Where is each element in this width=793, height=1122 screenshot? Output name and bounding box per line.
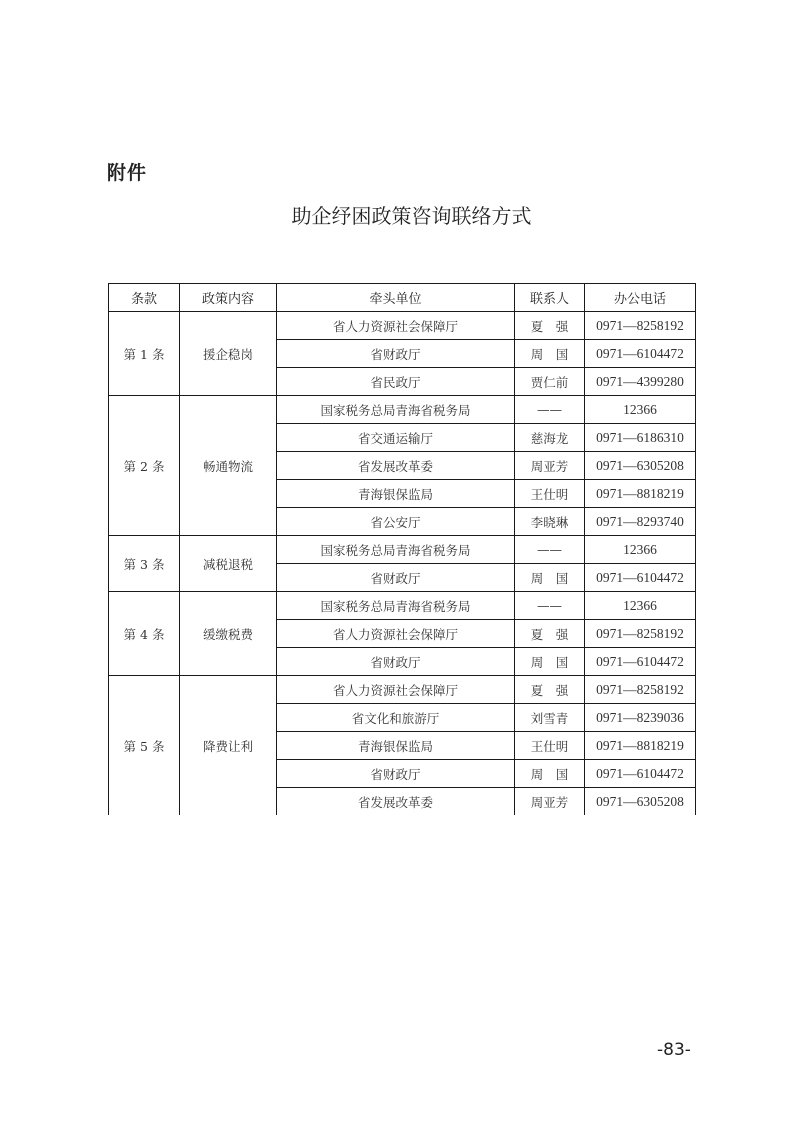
contact-cell: —— bbox=[515, 592, 585, 620]
column-header-clause: 条款 bbox=[109, 284, 180, 312]
phone-cell: 0971—6104472 bbox=[585, 340, 696, 368]
unit-cell: 国家税务总局青海省税务局 bbox=[277, 536, 515, 564]
policy-cell: 降费让利 bbox=[180, 676, 277, 816]
policy-cell: 减税退税 bbox=[180, 536, 277, 592]
phone-cell: 0971—8818219 bbox=[585, 732, 696, 760]
table-row: 第 1 条 援企稳岗 省人力资源社会保障厅 夏 强 0971—8258192 bbox=[109, 312, 696, 340]
clause-cell: 第 1 条 bbox=[109, 312, 180, 396]
contact-cell: 夏 强 bbox=[515, 620, 585, 648]
unit-cell: 省民政厅 bbox=[277, 368, 515, 396]
table-header-row: 条款 政策内容 牵头单位 联系人 办公电话 bbox=[109, 284, 696, 312]
unit-cell: 省财政厅 bbox=[277, 340, 515, 368]
contact-cell: 周 国 bbox=[515, 564, 585, 592]
contact-cell: 夏 强 bbox=[515, 676, 585, 704]
unit-cell: 省人力资源社会保障厅 bbox=[277, 676, 515, 704]
phone-cell: 12366 bbox=[585, 592, 696, 620]
contact-cell: 周亚芳 bbox=[515, 788, 585, 816]
unit-cell: 省财政厅 bbox=[277, 648, 515, 676]
contact-cell: 王仕明 bbox=[515, 732, 585, 760]
phone-cell: 0971—6104472 bbox=[585, 564, 696, 592]
contact-cell: 周 国 bbox=[515, 648, 585, 676]
contact-cell: 慈海龙 bbox=[515, 424, 585, 452]
clause-cell: 第 2 条 bbox=[109, 396, 180, 536]
contact-cell: 王仕明 bbox=[515, 480, 585, 508]
contact-cell: —— bbox=[515, 396, 585, 424]
phone-cell: 0971—8293740 bbox=[585, 508, 696, 536]
column-header-phone: 办公电话 bbox=[585, 284, 696, 312]
phone-cell: 0971—4399280 bbox=[585, 368, 696, 396]
contact-cell: 周 国 bbox=[515, 760, 585, 788]
contact-cell: 周 国 bbox=[515, 340, 585, 368]
unit-cell: 省交通运输厅 bbox=[277, 424, 515, 452]
unit-cell: 省文化和旅游厅 bbox=[277, 704, 515, 732]
unit-cell: 省财政厅 bbox=[277, 760, 515, 788]
table-row: 第 3 条 减税退税 国家税务总局青海省税务局 —— 12366 bbox=[109, 536, 696, 564]
clause-cell: 第 5 条 bbox=[109, 676, 180, 816]
table-row: 第 2 条 畅通物流 国家税务总局青海省税务局 —— 12366 bbox=[109, 396, 696, 424]
contact-cell: 贾仁前 bbox=[515, 368, 585, 396]
contact-cell: 李晓琳 bbox=[515, 508, 585, 536]
phone-cell: 0971—6104472 bbox=[585, 760, 696, 788]
page-number: -83- bbox=[657, 1040, 691, 1060]
contact-cell: —— bbox=[515, 536, 585, 564]
unit-cell: 省人力资源社会保障厅 bbox=[277, 620, 515, 648]
unit-cell: 省人力资源社会保障厅 bbox=[277, 312, 515, 340]
policy-cell: 畅通物流 bbox=[180, 396, 277, 536]
policy-contact-table: 条款 政策内容 牵头单位 联系人 办公电话 第 1 条 援企稳岗 省人力资源社会… bbox=[108, 283, 696, 815]
phone-cell: 0971—6305208 bbox=[585, 452, 696, 480]
column-header-contact: 联系人 bbox=[515, 284, 585, 312]
clause-cell: 第 3 条 bbox=[109, 536, 180, 592]
phone-cell: 0971—8258192 bbox=[585, 620, 696, 648]
unit-cell: 国家税务总局青海省税务局 bbox=[277, 396, 515, 424]
phone-cell: 0971—8258192 bbox=[585, 676, 696, 704]
unit-cell: 省公安厅 bbox=[277, 508, 515, 536]
policy-cell: 援企稳岗 bbox=[180, 312, 277, 396]
table-row: 第 4 条 缓缴税费 国家税务总局青海省税务局 —— 12366 bbox=[109, 592, 696, 620]
contact-cell: 刘雪青 bbox=[515, 704, 585, 732]
unit-cell: 青海银保监局 bbox=[277, 732, 515, 760]
phone-cell: 12366 bbox=[585, 536, 696, 564]
phone-cell: 0971—6305208 bbox=[585, 788, 696, 816]
contact-cell: 周亚芳 bbox=[515, 452, 585, 480]
unit-cell: 国家税务总局青海省税务局 bbox=[277, 592, 515, 620]
policy-cell: 缓缴税费 bbox=[180, 592, 277, 676]
phone-cell: 0971—6104472 bbox=[585, 648, 696, 676]
unit-cell: 省财政厅 bbox=[277, 564, 515, 592]
phone-cell: 0971—8258192 bbox=[585, 312, 696, 340]
phone-cell: 0971—6186310 bbox=[585, 424, 696, 452]
contact-cell: 夏 强 bbox=[515, 312, 585, 340]
clause-cell: 第 4 条 bbox=[109, 592, 180, 676]
unit-cell: 省发展改革委 bbox=[277, 452, 515, 480]
column-header-policy: 政策内容 bbox=[180, 284, 277, 312]
table-row: 第 5 条 降费让利 省人力资源社会保障厅 夏 强 0971—8258192 bbox=[109, 676, 696, 704]
phone-cell: 12366 bbox=[585, 396, 696, 424]
column-header-lead-unit: 牵头单位 bbox=[277, 284, 515, 312]
phone-cell: 0971—8239036 bbox=[585, 704, 696, 732]
phone-cell: 0971—8818219 bbox=[585, 480, 696, 508]
attachment-label: 附件 bbox=[107, 158, 147, 185]
unit-cell: 青海银保监局 bbox=[277, 480, 515, 508]
unit-cell: 省发展改革委 bbox=[277, 788, 515, 816]
document-title: 助企纾困政策咨询联络方式 bbox=[0, 200, 793, 229]
